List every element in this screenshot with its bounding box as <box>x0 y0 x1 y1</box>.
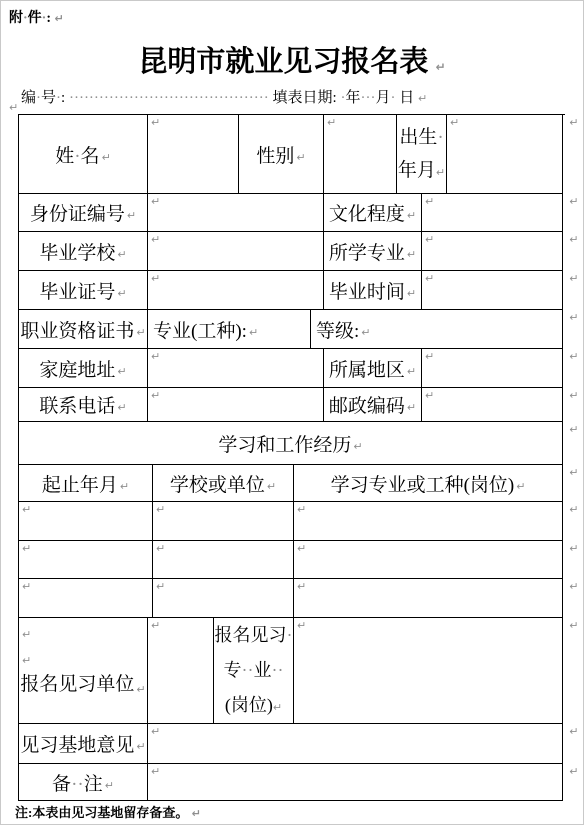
row-end-mark: ↵ <box>569 273 578 284</box>
apply-unit-label: 报名见习单位 <box>20 674 134 695</box>
birth-date-value-cell[interactable]: ↵ <box>447 115 563 194</box>
row-phone-postal: 联系电话↵ ↵ 邮政编码↵ ↵ ↵ <box>19 388 565 422</box>
education-level-label: 文化程度 <box>329 199 405 226</box>
name-value-cell[interactable]: ↵ <box>148 115 239 194</box>
row-end-mark: ↵ <box>569 467 578 478</box>
paragraph-mark: ↵ <box>297 581 306 592</box>
remarks-value-cell[interactable]: ↵ <box>148 764 563 801</box>
experience-unit-cell[interactable]: ↵ <box>153 502 294 541</box>
region-value-cell[interactable]: ↵ <box>422 349 563 388</box>
graduation-time-value-cell[interactable]: ↵ <box>422 271 563 310</box>
experience-entry-row: ↵ ↵ ↵ ↵ <box>19 579 565 618</box>
row-end-mark: ↵ <box>569 234 578 245</box>
postal-code-label-cell: 邮政编码↵ <box>324 388 422 422</box>
experience-unit-cell[interactable]: ↵ <box>153 579 294 618</box>
apply-major-label-cell: 报名见习· 专··业·· (岗位)↵ <box>214 618 294 724</box>
serial-date-line: 编·号·: ··································… <box>21 86 427 107</box>
paragraph-mark: ↵ <box>151 117 160 128</box>
paragraph-mark: ↵ <box>436 166 445 179</box>
birth-label-line1: 出生· <box>399 121 443 154</box>
postal-code-value-cell[interactable]: ↵ <box>422 388 563 422</box>
attachment-text: 附·件·: <box>9 11 51 26</box>
major-studied-label: 所学专业 <box>329 238 405 265</box>
row-end-mark: ↵ <box>569 351 578 362</box>
birth-label-line2: 年月↵ <box>398 154 445 187</box>
paragraph-mark: ↵ <box>22 543 31 554</box>
document-page: 附·件·: ↵ 昆明市就业见习报名表 ↵ 编·号·: ·············… <box>0 0 584 825</box>
paragraph-mark: ↵ <box>151 351 160 362</box>
base-opinion-label-cell: 见习基地意见↵ <box>19 724 148 764</box>
home-address-value-cell[interactable]: ↵ <box>148 349 324 388</box>
row-end-mark: ↵ <box>569 766 578 777</box>
row-school-major: 毕业学校↵ ↵ 所学专业↵ ↵ ↵ <box>19 232 565 271</box>
paragraph-mark: ↵ <box>9 102 18 113</box>
paragraph-mark: ↵ <box>136 327 145 338</box>
remarks-label-cell: 备··注↵ <box>19 764 148 801</box>
experience-period-cell[interactable]: ↵ <box>19 579 153 618</box>
apply-unit-label-cell: ↵ ↵ 报名见习单位↵ <box>19 618 148 724</box>
paragraph-mark: ↵ <box>117 402 126 413</box>
paragraph-mark: ↵ <box>297 504 306 515</box>
apply-major-line3: (岗位)↵ <box>225 688 282 723</box>
paragraph-mark: ↵ <box>361 327 370 338</box>
name-label-cell: 姓·名↵ <box>19 115 148 194</box>
gender-label: 性别 <box>256 141 294 168</box>
paragraph-mark: ↵ <box>407 210 416 221</box>
apply-major-line1: 报名见习· <box>215 618 293 653</box>
row-end-mark: ↵ <box>569 581 578 592</box>
diploma-number-label-cell: 毕业证号↵ <box>19 271 148 310</box>
paragraph-mark: ↵ <box>297 543 306 554</box>
paragraph-mark: ↵ <box>22 504 31 515</box>
paragraph-mark: ↵ <box>296 152 305 163</box>
paragraph-mark: ↵ <box>117 249 126 260</box>
paragraph-mark: ↵ <box>105 780 114 791</box>
id-number-label-cell: 身份证编号↵ <box>19 194 148 232</box>
row-end-mark: ↵ <box>569 543 578 554</box>
paragraph-mark: ↵ <box>117 288 126 299</box>
region-label-cell: 所属地区↵ <box>324 349 422 388</box>
row-experience-header: 学习和工作经历↵ ↵ <box>19 422 565 465</box>
empty-paragraph: ↵ <box>19 620 147 646</box>
paragraph-mark: ↵ <box>425 273 434 284</box>
paragraph-mark: ↵ <box>353 441 362 452</box>
paragraph-mark: ↵ <box>273 701 282 714</box>
paragraph-mark: ↵ <box>156 581 165 592</box>
qualification-cert-label-cell: 职业资格证书↵ <box>19 310 148 349</box>
footer-note: 注:本表由见习基地留存备查。 ↵ <box>15 802 201 821</box>
apply-major-line3-text: (岗位) <box>225 695 273 715</box>
experience-period-cell[interactable]: ↵ <box>19 541 153 579</box>
diploma-number-value-cell[interactable]: ↵ <box>148 271 324 310</box>
graduation-time-label-cell: 毕业时间↵ <box>324 271 422 310</box>
empty-paragraph: ↵ <box>19 646 147 672</box>
remarks-label: 备··注 <box>52 769 103 796</box>
graduation-school-label: 毕业学校 <box>39 238 115 265</box>
paragraph-mark: ↵ <box>418 92 427 105</box>
paragraph-mark: ↵ <box>151 196 160 207</box>
birth-label-line2-text: 年月 <box>398 160 436 181</box>
paragraph-mark: ↵ <box>297 620 306 631</box>
row-remarks: 备··注↵ ↵ ↵ <box>19 764 565 801</box>
paragraph-mark: ↵ <box>450 117 459 128</box>
paragraph-mark: ↵ <box>425 234 434 245</box>
paragraph-mark: ↵ <box>22 628 31 641</box>
paragraph-mark: ↵ <box>407 402 416 413</box>
row-address-region: 家庭地址↵ ↵ 所属地区↵ ↵ ↵ <box>19 349 565 388</box>
graduation-school-label-cell: 毕业学校↵ <box>19 232 148 271</box>
apply-unit-label-line: 报名见习单位↵ <box>19 672 147 698</box>
paragraph-mark: ↵ <box>102 152 111 163</box>
paragraph-mark: ↵ <box>425 196 434 207</box>
paragraph-mark: ↵ <box>136 683 145 696</box>
row-base-opinion: 见习基地意见↵ ↵ ↵ <box>19 724 565 764</box>
paragraph-mark: ↵ <box>151 273 160 284</box>
base-opinion-label: 见习基地意见 <box>20 730 134 757</box>
paragraph-mark: ↵ <box>327 117 336 128</box>
id-number-label: 身份证编号 <box>30 199 125 226</box>
row-end-mark: ↵ <box>569 424 578 435</box>
major-studied-label-cell: 所学专业↵ <box>324 232 422 271</box>
paragraph-mark: ↵ <box>407 288 416 299</box>
paragraph-mark: ↵ <box>249 327 258 338</box>
experience-section-header-cell: 学习和工作经历↵ <box>19 422 563 465</box>
contact-phone-value-cell[interactable]: ↵ <box>148 388 324 422</box>
paragraph-mark: ↵ <box>436 60 446 74</box>
paragraph-mark: ↵ <box>136 741 145 752</box>
work-type-cell[interactable]: 专业(工种):↵ <box>148 310 311 349</box>
experience-period-cell[interactable]: ↵ <box>19 502 153 541</box>
paragraph-mark: ↵ <box>151 234 160 245</box>
gender-value-cell[interactable]: ↵ <box>324 115 397 194</box>
period-header-label: 起止年月 <box>42 470 118 497</box>
education-level-value-cell[interactable]: ↵ <box>422 194 563 232</box>
paragraph-mark: ↵ <box>151 726 160 737</box>
base-opinion-value-cell[interactable]: ↵ <box>148 724 563 764</box>
paragraph-mark: ↵ <box>407 249 416 260</box>
experience-section-title: 学习和工作经历 <box>218 430 351 457</box>
attachment-label: 附·件·: ↵ <box>9 7 64 27</box>
paragraph-mark: ↵ <box>192 807 201 820</box>
registration-table: 姓·名↵ ↵ 性别↵ ↵ 出生· 年月↵ ↵ ↵ 身份证编号↵ ↵ 文化程度↵ … <box>18 114 565 801</box>
contact-phone-label-cell: 联系电话↵ <box>19 388 148 422</box>
paragraph-mark: ↵ <box>156 504 165 515</box>
graduation-time-label: 毕业时间 <box>329 277 405 304</box>
paragraph-mark: ↵ <box>151 766 160 777</box>
paragraph-mark: ↵ <box>55 12 64 25</box>
experience-major-cell[interactable]: ↵ <box>294 541 563 579</box>
level-cell[interactable]: 等级:↵ <box>311 310 563 349</box>
name-label: 姓·名 <box>55 141 99 168</box>
school-or-unit-header-label: 学校或单位 <box>170 470 265 497</box>
row-id-education: 身份证编号↵ ↵ 文化程度↵ ↵ ↵ <box>19 194 565 232</box>
fill-date-label: 填表日期: <box>273 90 337 106</box>
apply-unit-value-cell[interactable]: ↵ <box>148 618 214 724</box>
paragraph-mark: ↵ <box>117 366 126 377</box>
region-label: 所属地区 <box>329 355 405 382</box>
row-end-mark: ↵ <box>569 117 578 128</box>
footer-note-text: 注:本表由见习基地留存备查。 <box>15 805 188 820</box>
work-type-label: 专业(工种): <box>153 316 247 343</box>
home-address-label-cell: 家庭地址↵ <box>19 349 148 388</box>
graduation-school-value-cell[interactable]: ↵ <box>148 232 324 271</box>
education-level-label-cell: 文化程度↵ <box>324 194 422 232</box>
row-end-mark: ↵ <box>569 390 578 401</box>
apply-major-value-cell[interactable]: ↵ <box>294 618 563 724</box>
form-title: 昆明市就业见习报名表 ↵ <box>1 39 583 80</box>
qualification-cert-label: 职业资格证书 <box>20 316 134 343</box>
paragraph-mark: ↵ <box>156 543 165 554</box>
major-studied-value-cell[interactable]: ↵ <box>422 232 563 271</box>
experience-major-cell[interactable]: ↵ <box>294 502 563 541</box>
experience-entry-row: ↵ ↵ ↵ ↵ <box>19 541 565 579</box>
row-end-mark: ↵ <box>569 504 578 515</box>
serial-label: 编·号·: <box>21 90 65 106</box>
paragraph-mark: ↵ <box>22 581 31 592</box>
period-header-cell: 起止年月↵ <box>19 465 153 502</box>
paragraph-mark: ↵ <box>425 351 434 362</box>
level-label: 等级: <box>316 316 359 343</box>
paragraph-mark: ↵ <box>22 654 31 667</box>
gender-label-cell: 性别↵ <box>239 115 324 194</box>
postal-code-label: 邮政编码 <box>329 391 405 418</box>
leader-dots: ········································ <box>69 90 269 106</box>
paragraph-mark: ↵ <box>516 481 525 492</box>
fill-date-fields: ·年···月· 日 <box>340 90 414 106</box>
row-end-mark: ↵ <box>569 620 578 631</box>
row-diploma-gradtime: 毕业证号↵ ↵ 毕业时间↵ ↵ ↵ <box>19 271 565 310</box>
diploma-number-label: 毕业证号 <box>39 277 115 304</box>
contact-phone-label: 联系电话 <box>39 391 115 418</box>
paragraph-mark: ↵ <box>120 481 129 492</box>
experience-entry-row: ↵ ↵ ↵ ↵ <box>19 502 565 541</box>
id-number-value-cell[interactable]: ↵ <box>148 194 324 232</box>
home-address-label: 家庭地址 <box>39 355 115 382</box>
study-major-header-label: 学习专业或工种(岗位) <box>331 470 515 497</box>
paragraph-mark: ↵ <box>407 366 416 377</box>
row-experience-columns: 起止年月↵ 学校或单位↵ 学习专业或工种(岗位)↵ ↵ <box>19 465 565 502</box>
row-apply-internship: ↵ ↵ 报名见习单位↵ ↵ 报名见习· 专··业·· (岗位)↵ ↵ ↵ <box>19 618 565 724</box>
paragraph-mark: ↵ <box>151 620 160 631</box>
paragraph-mark: ↵ <box>425 390 434 401</box>
row-end-mark: ↵ <box>569 312 578 323</box>
paragraph-mark: ↵ <box>151 390 160 401</box>
school-or-unit-header-cell: 学校或单位↵ <box>153 465 294 502</box>
paragraph-mark: ↵ <box>127 210 136 221</box>
study-major-header-cell: 学习专业或工种(岗位)↵ <box>294 465 563 502</box>
row-qualification: 职业资格证书↵ 专业(工种):↵ 等级:↵ ↵ <box>19 310 565 349</box>
birth-date-label-cell: 出生· 年月↵ <box>397 115 447 194</box>
experience-unit-cell[interactable]: ↵ <box>153 541 294 579</box>
apply-major-line2: 专··业·· <box>224 653 284 688</box>
row-end-mark: ↵ <box>569 726 578 737</box>
experience-major-cell[interactable]: ↵ <box>294 579 563 618</box>
paragraph-mark: ↵ <box>267 481 276 492</box>
row-end-mark: ↵ <box>569 196 578 207</box>
row-name-gender-birth: 姓·名↵ ↵ 性别↵ ↵ 出生· 年月↵ ↵ ↵ <box>19 115 565 194</box>
form-title-text: 昆明市就业见习报名表 <box>138 46 428 78</box>
